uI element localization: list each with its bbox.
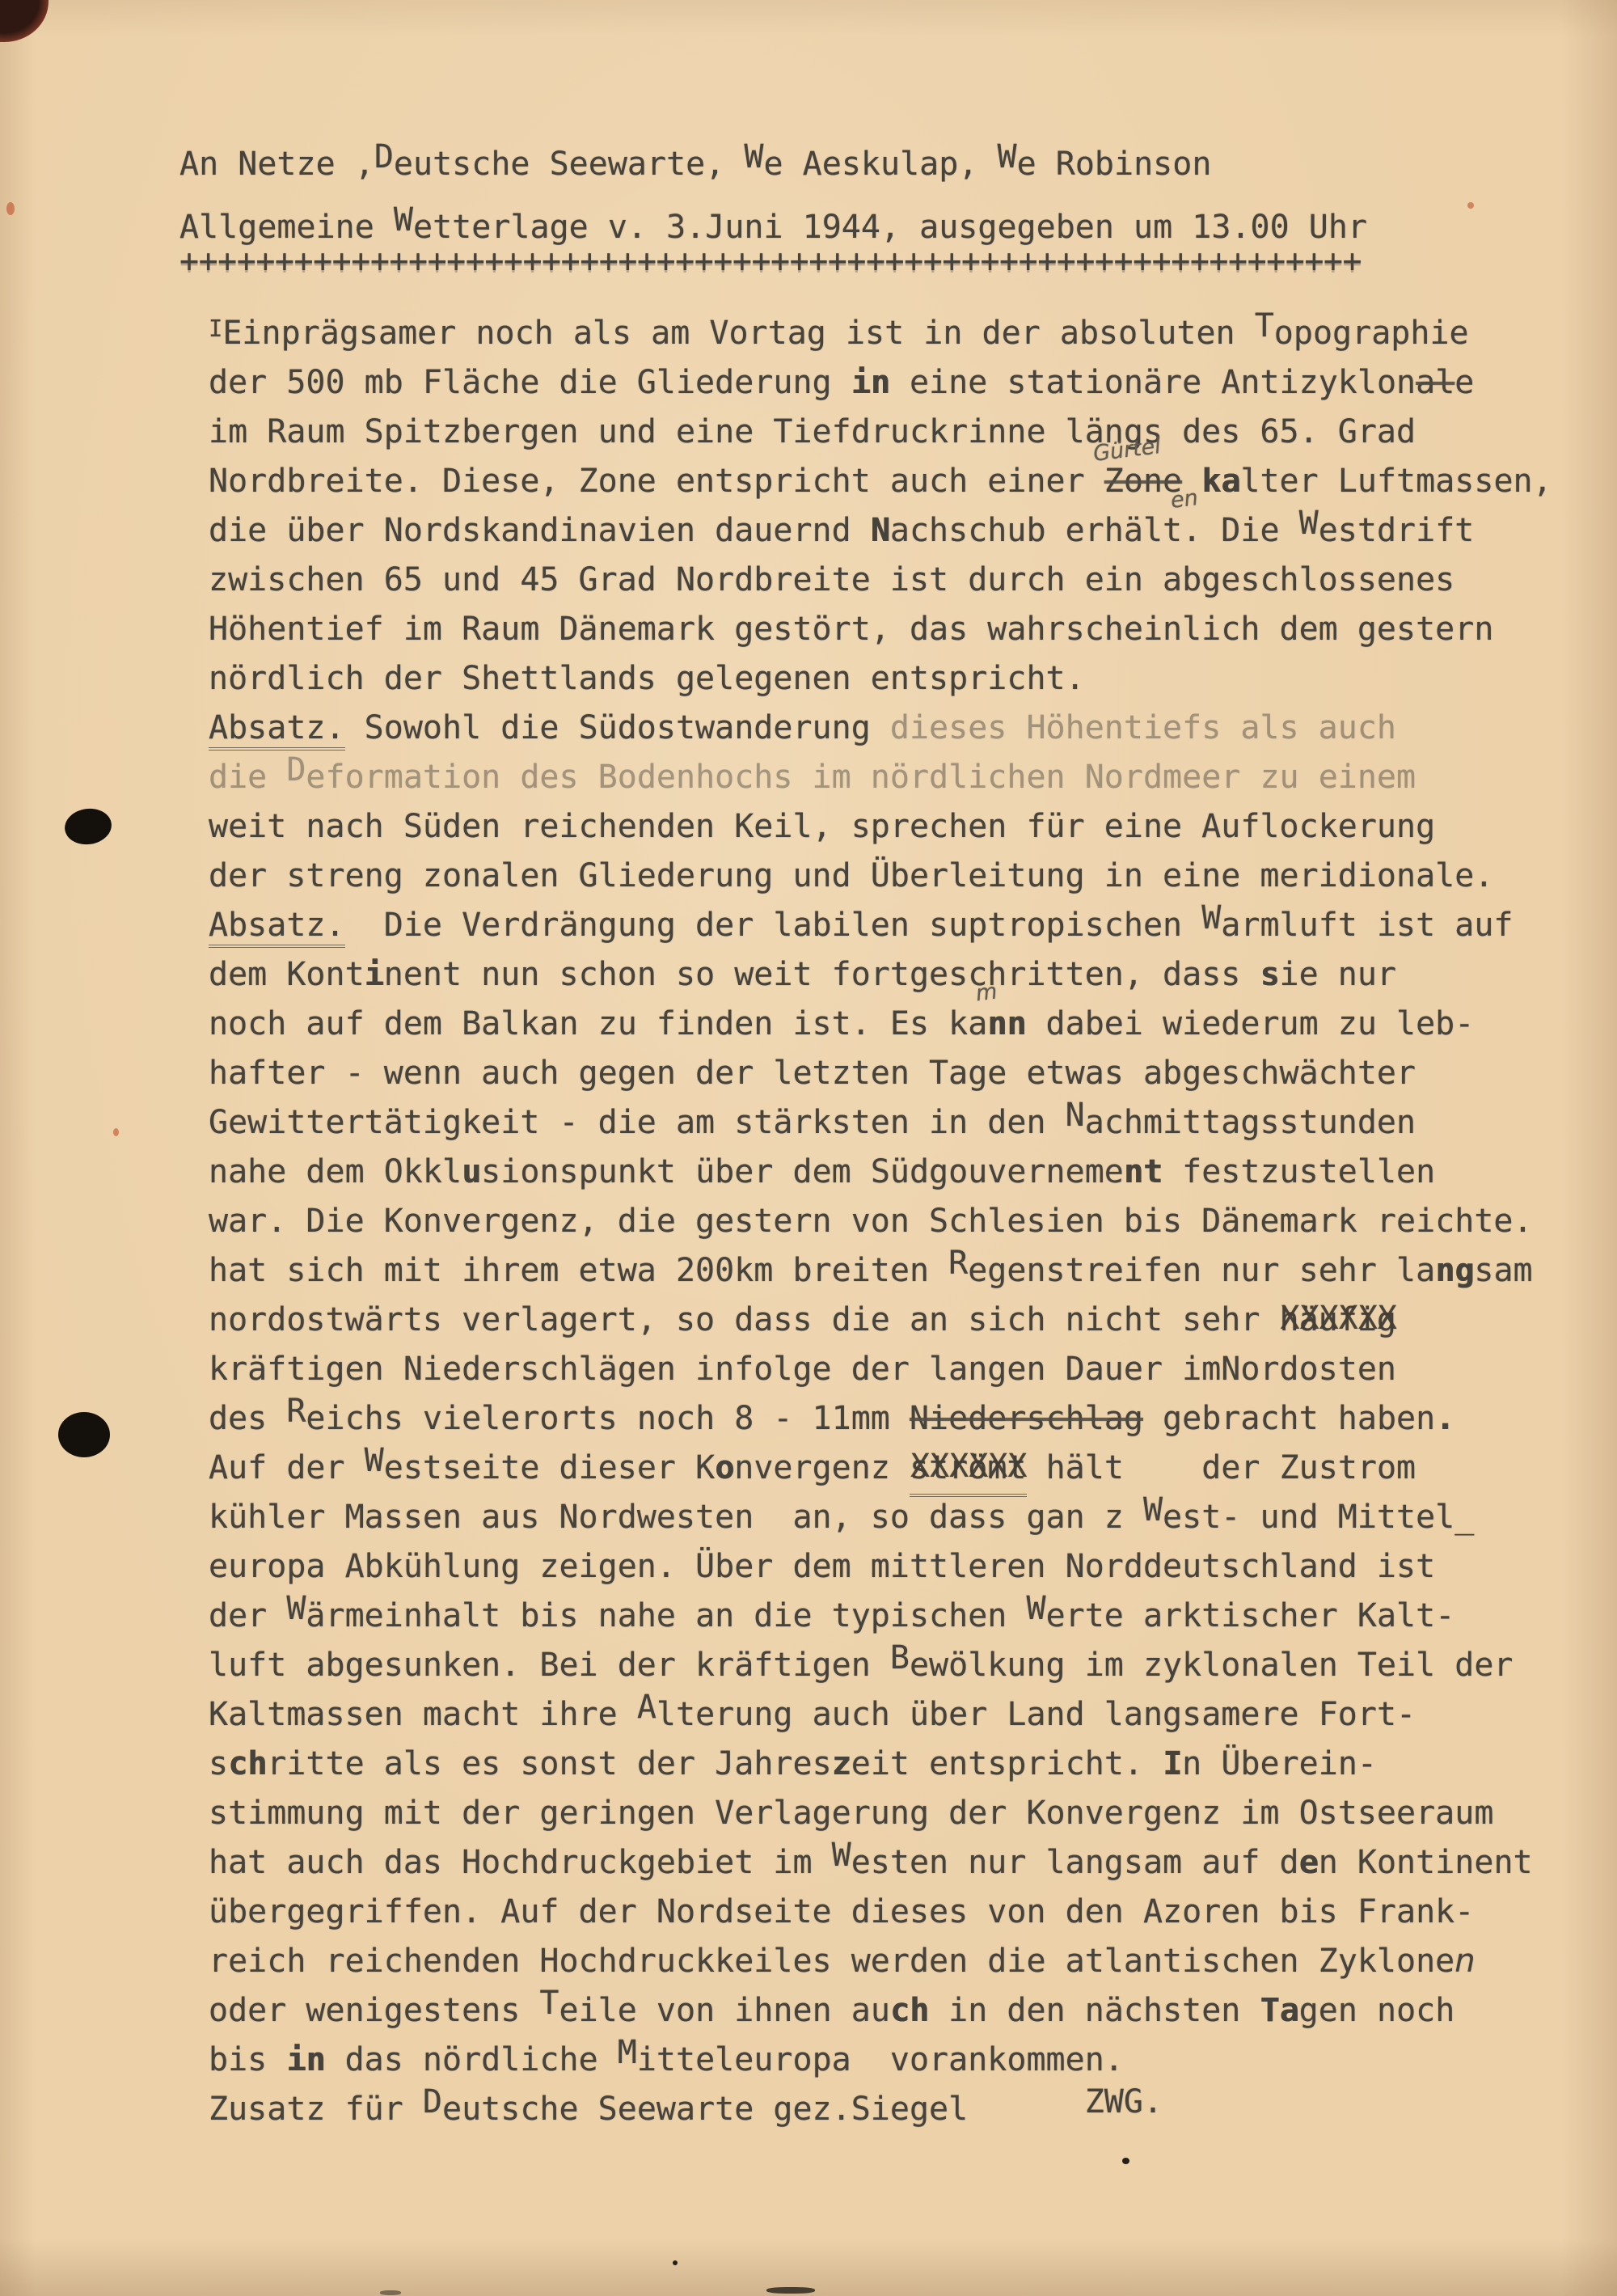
text-segment: reich reichenden Hochdruckkeiles werden … [209, 1943, 1454, 1980]
text-segment: Allgemeine [179, 209, 394, 246]
text-segment: eine stationäre Antizyklon [890, 364, 1416, 401]
text-segment: Niederschlag [910, 1400, 1143, 1437]
text-line: die über Nordskandinavien dauernd Nachsc… [209, 506, 1552, 556]
text-segment: D [374, 138, 394, 175]
text-segment: egenstreifen nur sehr la [968, 1252, 1435, 1289]
text-segment: n Kontinent [1319, 1844, 1533, 1881]
text-segment: luft abgesunken. Bei der kräftigen [209, 1647, 890, 1684]
text-segment: n Überein- [1182, 1745, 1377, 1782]
paper-fleck [113, 1128, 119, 1136]
text-segment: das nördliche [326, 2041, 618, 2078]
text-segment: Höhentief im Raum Dänemark gestört, das … [209, 611, 1493, 648]
text-segment: weit nach Süden reichenden Keil, spreche… [209, 808, 1435, 845]
text-segment: u [462, 1153, 481, 1190]
text-segment: ZWG. [1085, 2078, 1163, 2127]
text-segment: kühler Massen aus Nordwesten an, so dass… [209, 1499, 1143, 1536]
text-segment: ritte als es sonst der Jahres [267, 1745, 831, 1782]
text-segment: An Netze , [179, 146, 374, 183]
text-segment: achschub erhält [890, 512, 1182, 549]
text-segment: nent nun schon so weit fortgeschritten, … [384, 956, 1260, 993]
text-segment: eutsche Seewarte, [394, 146, 744, 183]
paper-speck [673, 2260, 678, 2265]
text-segment: der [209, 1597, 286, 1634]
text-segment: W [997, 138, 1016, 175]
text-line: war. Die Konvergenz, die gestern von Sch… [209, 1197, 1552, 1246]
text-segment: Nordbreite. Diese, Zone entspricht auch … [209, 463, 1104, 500]
text-segment: i [365, 956, 384, 993]
text-segment: Kaltmassen macht ihre [209, 1696, 637, 1733]
text-segment: ie nur [1280, 956, 1397, 993]
text-segment: Zusatz für [209, 2091, 423, 2128]
text-line: weit nach Süden reichenden Keil, spreche… [209, 802, 1552, 852]
text-segment: W [286, 1584, 306, 1634]
punch-hole [58, 1412, 110, 1457]
text-segment: war. Die Konvergenz, die gestern von Sch… [209, 1203, 1533, 1240]
text-segment: Die Verdrängung der labilen suptropische… [345, 907, 1202, 944]
text-segment: W [394, 201, 413, 239]
text-segment: lterung auch über Land langsamere Fort- [657, 1696, 1416, 1733]
text-line: Kaltmassen macht ihre Alterung auch über… [209, 1690, 1552, 1740]
text-segment: in [851, 364, 890, 401]
text-segment: o [715, 1449, 734, 1486]
separator-line: ++++++++++++++++++++++++++++++++++++++++… [179, 243, 1362, 280]
text-line: Absatz. Sowohl die Südostwanderung diese… [209, 704, 1552, 753]
text-segment: A [637, 1683, 657, 1732]
text-line: im Raum Spitzbergen und eine Tiefdruckri… [209, 408, 1552, 457]
text-segment: dieses Höhentiefs als auch [890, 709, 1396, 746]
text-segment: e Robinson [1017, 146, 1212, 183]
text-segment: der 500 mb Fläche die Gliederung [209, 364, 851, 401]
text-segment: europa Abkühlung zeigen. Über dem mittle… [209, 1548, 1435, 1585]
text-segment: übergegriffen. Auf der Nordseite dieses … [209, 1893, 1474, 1930]
text-segment: nordostwärts verlagert, so dass die an s… [209, 1301, 1280, 1338]
text-segment: eile von ihnen au [559, 1992, 890, 2029]
text-segment: T [539, 1979, 559, 2028]
text-line: der 500 mb Fläche die Gliederung in eine… [209, 358, 1552, 408]
text-line: noch auf dem Balkan zu finden ist. Es ka… [209, 1000, 1552, 1049]
text-segment: die über Nordskandinavien dauernd [209, 512, 871, 549]
text-line: hat sich mit ihrem etwa 200km breiten Re… [209, 1246, 1552, 1296]
text-segment: Einprägsamer noch als am Vortag ist in d… [222, 315, 1254, 352]
text-segment: W [1201, 894, 1221, 943]
text-segment: B [890, 1634, 910, 1683]
text-segment: ka [1201, 463, 1240, 500]
text-segment: R [948, 1239, 968, 1288]
text-line: hat auch das Hochdruckgebiet im Westen n… [209, 1838, 1552, 1888]
text-segment: nördlich der Shettlands gelegenen entspr… [209, 660, 1085, 697]
text-segment: häufig [1280, 1296, 1397, 1345]
text-segment [968, 2091, 1085, 2128]
text-segment: esten nur langsam auf d [851, 1844, 1299, 1881]
text-segment: W [1299, 499, 1319, 548]
text-line: kräftigen Niederschlägen infolge der lan… [209, 1345, 1552, 1394]
body-text: IEinprägsamer noch als am Vortag ist in … [209, 309, 1552, 2134]
text-segment: W [1143, 1486, 1163, 1535]
corner-stain [0, 0, 49, 42]
text-segment: achmittagsstunden [1085, 1104, 1416, 1141]
text-line: zwischen 65 und 45 Grad Nordbreite ist d… [209, 556, 1552, 605]
document-page: An Netze ,Deutsche Seewarte, We Aeskulap… [0, 0, 1617, 2296]
text-segment: M [618, 2028, 637, 2078]
recipient-line: An Netze ,Deutsche Seewarte, We Aeskulap… [179, 146, 1211, 183]
text-segment: e [1299, 1844, 1319, 1881]
text-segment: D [423, 2078, 442, 2127]
text-segment: s [209, 1745, 228, 1782]
text-line: kühler Massen aus Nordwesten an, so dass… [209, 1493, 1552, 1542]
text-segment: bis [209, 2041, 286, 2078]
text-segment: itteleuropa vorankommen. [637, 2041, 1124, 2078]
paper-fleck [1467, 202, 1474, 209]
paper-speck [380, 2290, 401, 2295]
text-line: Auf der Westseite dieser Konvergenz strö… [209, 1444, 1552, 1493]
text-segment: Absatz. [209, 907, 345, 948]
text-segment: nahe dem Okkl [209, 1153, 462, 1190]
paper-fleck [6, 202, 15, 215]
text-segment: dabei wiederum zu leb- [1026, 1005, 1474, 1042]
text-segment: opographie [1274, 315, 1469, 352]
text-line: nördlich der Shettlands gelegenen entspr… [209, 654, 1552, 704]
text-segment: estseite dieser K [384, 1449, 715, 1486]
text-segment: est- und Mittel_ [1163, 1499, 1474, 1536]
text-segment: der streng zonalen Gliederung und Überle… [209, 857, 1493, 894]
text-segment: N [1066, 1091, 1085, 1140]
text-segment: armluft ist auf [1221, 907, 1513, 944]
text-line: IEinprägsamer noch als am Vortag ist in … [209, 309, 1552, 358]
text-segment: ch [228, 1745, 267, 1782]
text-segment: die [209, 759, 286, 796]
text-segment: ng [1435, 1252, 1474, 1289]
text-segment: etterlage v. 3.Juni 1944, ausgegeben um … [413, 209, 1367, 246]
text-segment: I [1163, 1745, 1182, 1782]
text-segment: ch [890, 1992, 929, 2029]
text-line: der Wärmeinhalt bis nahe an die typische… [209, 1592, 1552, 1641]
text-segment: noch auf dem Balkan zu finden ist. Es ka [209, 1005, 987, 1042]
text-line: Höhentief im Raum Dänemark gestört, das … [209, 605, 1552, 654]
text-segment: hafter - wenn auch gegen der letzten Tag… [209, 1055, 1416, 1092]
punch-hole [62, 806, 114, 848]
paper-speck [1122, 2158, 1129, 2164]
paper-speck [766, 2287, 815, 2294]
text-segment: eformation des Bodenhochs im nördlichen … [306, 759, 1416, 796]
text-segment: estdrift [1319, 512, 1475, 549]
text-line: dem Kontinent nun schon so weit fortgesc… [209, 950, 1552, 1000]
text-segment: W [365, 1436, 384, 1486]
text-line: der streng zonalen Gliederung und Überle… [209, 852, 1552, 901]
text-segment: N [871, 512, 890, 549]
text-segment: n [1454, 1943, 1475, 1980]
text-line: des Reichs vielerorts noch 8 - 11mm Nied… [209, 1394, 1552, 1444]
text-segment: gebracht haben [1143, 1400, 1435, 1437]
text-line: Absatz. Die Verdrängung der labilen supt… [209, 901, 1552, 950]
text-segment: festzustellen [1163, 1153, 1435, 1190]
text-line: die Deformation des Bodenhochs im nördli… [209, 753, 1552, 802]
text-segment: kräftigen Niederschlägen infolge der lan… [209, 1351, 1396, 1388]
text-segment: stimmung mit der geringen Verlagerung de… [209, 1795, 1493, 1832]
text-segment: in [286, 2041, 325, 2078]
text-segment: . [1435, 1400, 1454, 1437]
text-segment: lter Luftmassen, [1240, 463, 1552, 500]
text-segment: Absatz. [209, 709, 345, 751]
text-segment: im Raum Spitzbergen und eine Tiefdruckri… [209, 413, 1416, 450]
text-segment: nt [1124, 1153, 1163, 1190]
text-segment: D [286, 746, 306, 795]
text-segment: e Aeskulap, [764, 146, 998, 183]
text-line: Zusatz für Deutsche Seewarte gez.Siegel … [209, 2085, 1552, 2134]
text-segment: erte arktischer Kalt- [1046, 1597, 1455, 1634]
text-segment: eichs vielerorts noch 8 - 11mm [306, 1400, 910, 1437]
text-segment: oder wenigestens [209, 1992, 539, 2029]
text-segment: gen noch [1299, 1992, 1455, 2029]
text-line: hafter - wenn auch gegen der letzten Tag… [209, 1049, 1552, 1098]
text-line: Gewittertätigkeit - die am stärksten in … [209, 1098, 1552, 1148]
text-segment: eutsche Seewarte gez.Siegel [442, 2091, 968, 2128]
text-line: übergegriffen. Auf der Nordseite dieses … [209, 1888, 1552, 1937]
text-segment: dem Kont [209, 956, 365, 993]
text-segment: e [1454, 364, 1474, 401]
text-line: reich reichenden Hochdruckkeiles werden … [209, 1937, 1552, 1986]
text-segment: ärmeinhalt bis nahe an die typischen [306, 1597, 1026, 1634]
text-segment: W [744, 138, 763, 175]
text-segment: des [209, 1400, 286, 1437]
text-line: europa Abkühlung zeigen. Über dem mittle… [209, 1542, 1552, 1592]
text-line: nordostwärts verlagert, so dass die an s… [209, 1296, 1552, 1345]
text-segment: strömt [910, 1444, 1027, 1497]
text-line: oder wenigestens Teile von ihnen auch in… [209, 1986, 1552, 2036]
text-line: nahe dem Okklusionspunkt über dem Südgou… [209, 1148, 1552, 1197]
text-line: Nordbreite. Diese, Zone entspricht auch … [209, 457, 1552, 506]
text-segment: ewölkung im zyklonalen Teil der [910, 1647, 1514, 1684]
text-segment: W [1026, 1584, 1045, 1634]
text-line: bis in das nördliche Mitteleuropa vorank… [209, 2036, 1552, 2085]
text-line: schritte als es sonst der Jahreszeit ent… [209, 1740, 1552, 1789]
text-segment: I [209, 304, 222, 353]
text-line: stimmung mit der geringen Verlagerung de… [209, 1789, 1552, 1838]
text-segment: eit entspricht. [851, 1745, 1163, 1782]
text-segment: hält der Zustrom [1027, 1449, 1416, 1486]
text-segment: Gewittertätigkeit - die am stärksten in … [209, 1104, 1066, 1141]
text-segment: in den nächsten [929, 1992, 1260, 2029]
text-segment: sionspunkt über dem Südgouverneme [481, 1153, 1124, 1190]
title-line: Allgemeine Wetterlage v. 3.Juni 1944, au… [179, 209, 1367, 246]
text-line: luft abgesunken. Bei der kräftigen Bewöl… [209, 1641, 1552, 1690]
text-segment: al [1416, 364, 1454, 401]
text-segment: W [832, 1831, 851, 1880]
text-segment: T [1255, 302, 1274, 351]
text-segment: hat sich mit ihrem etwa 200km breiten [209, 1252, 948, 1289]
text-segment: s [1260, 956, 1279, 993]
text-segment: Ta [1260, 1992, 1298, 2029]
text-segment: nvergenz [734, 1449, 910, 1486]
text-segment: z [832, 1745, 851, 1782]
text-segment: hat auch das Hochdruckgebiet im [209, 1844, 832, 1881]
text-segment: Sowohl die Südostwanderung [345, 709, 890, 746]
text-segment: sam [1474, 1252, 1532, 1289]
text-segment: R [286, 1387, 306, 1436]
text-segment: zwischen 65 und 45 Grad Nordbreite ist d… [209, 561, 1454, 598]
text-segment: Auf der [209, 1449, 365, 1486]
